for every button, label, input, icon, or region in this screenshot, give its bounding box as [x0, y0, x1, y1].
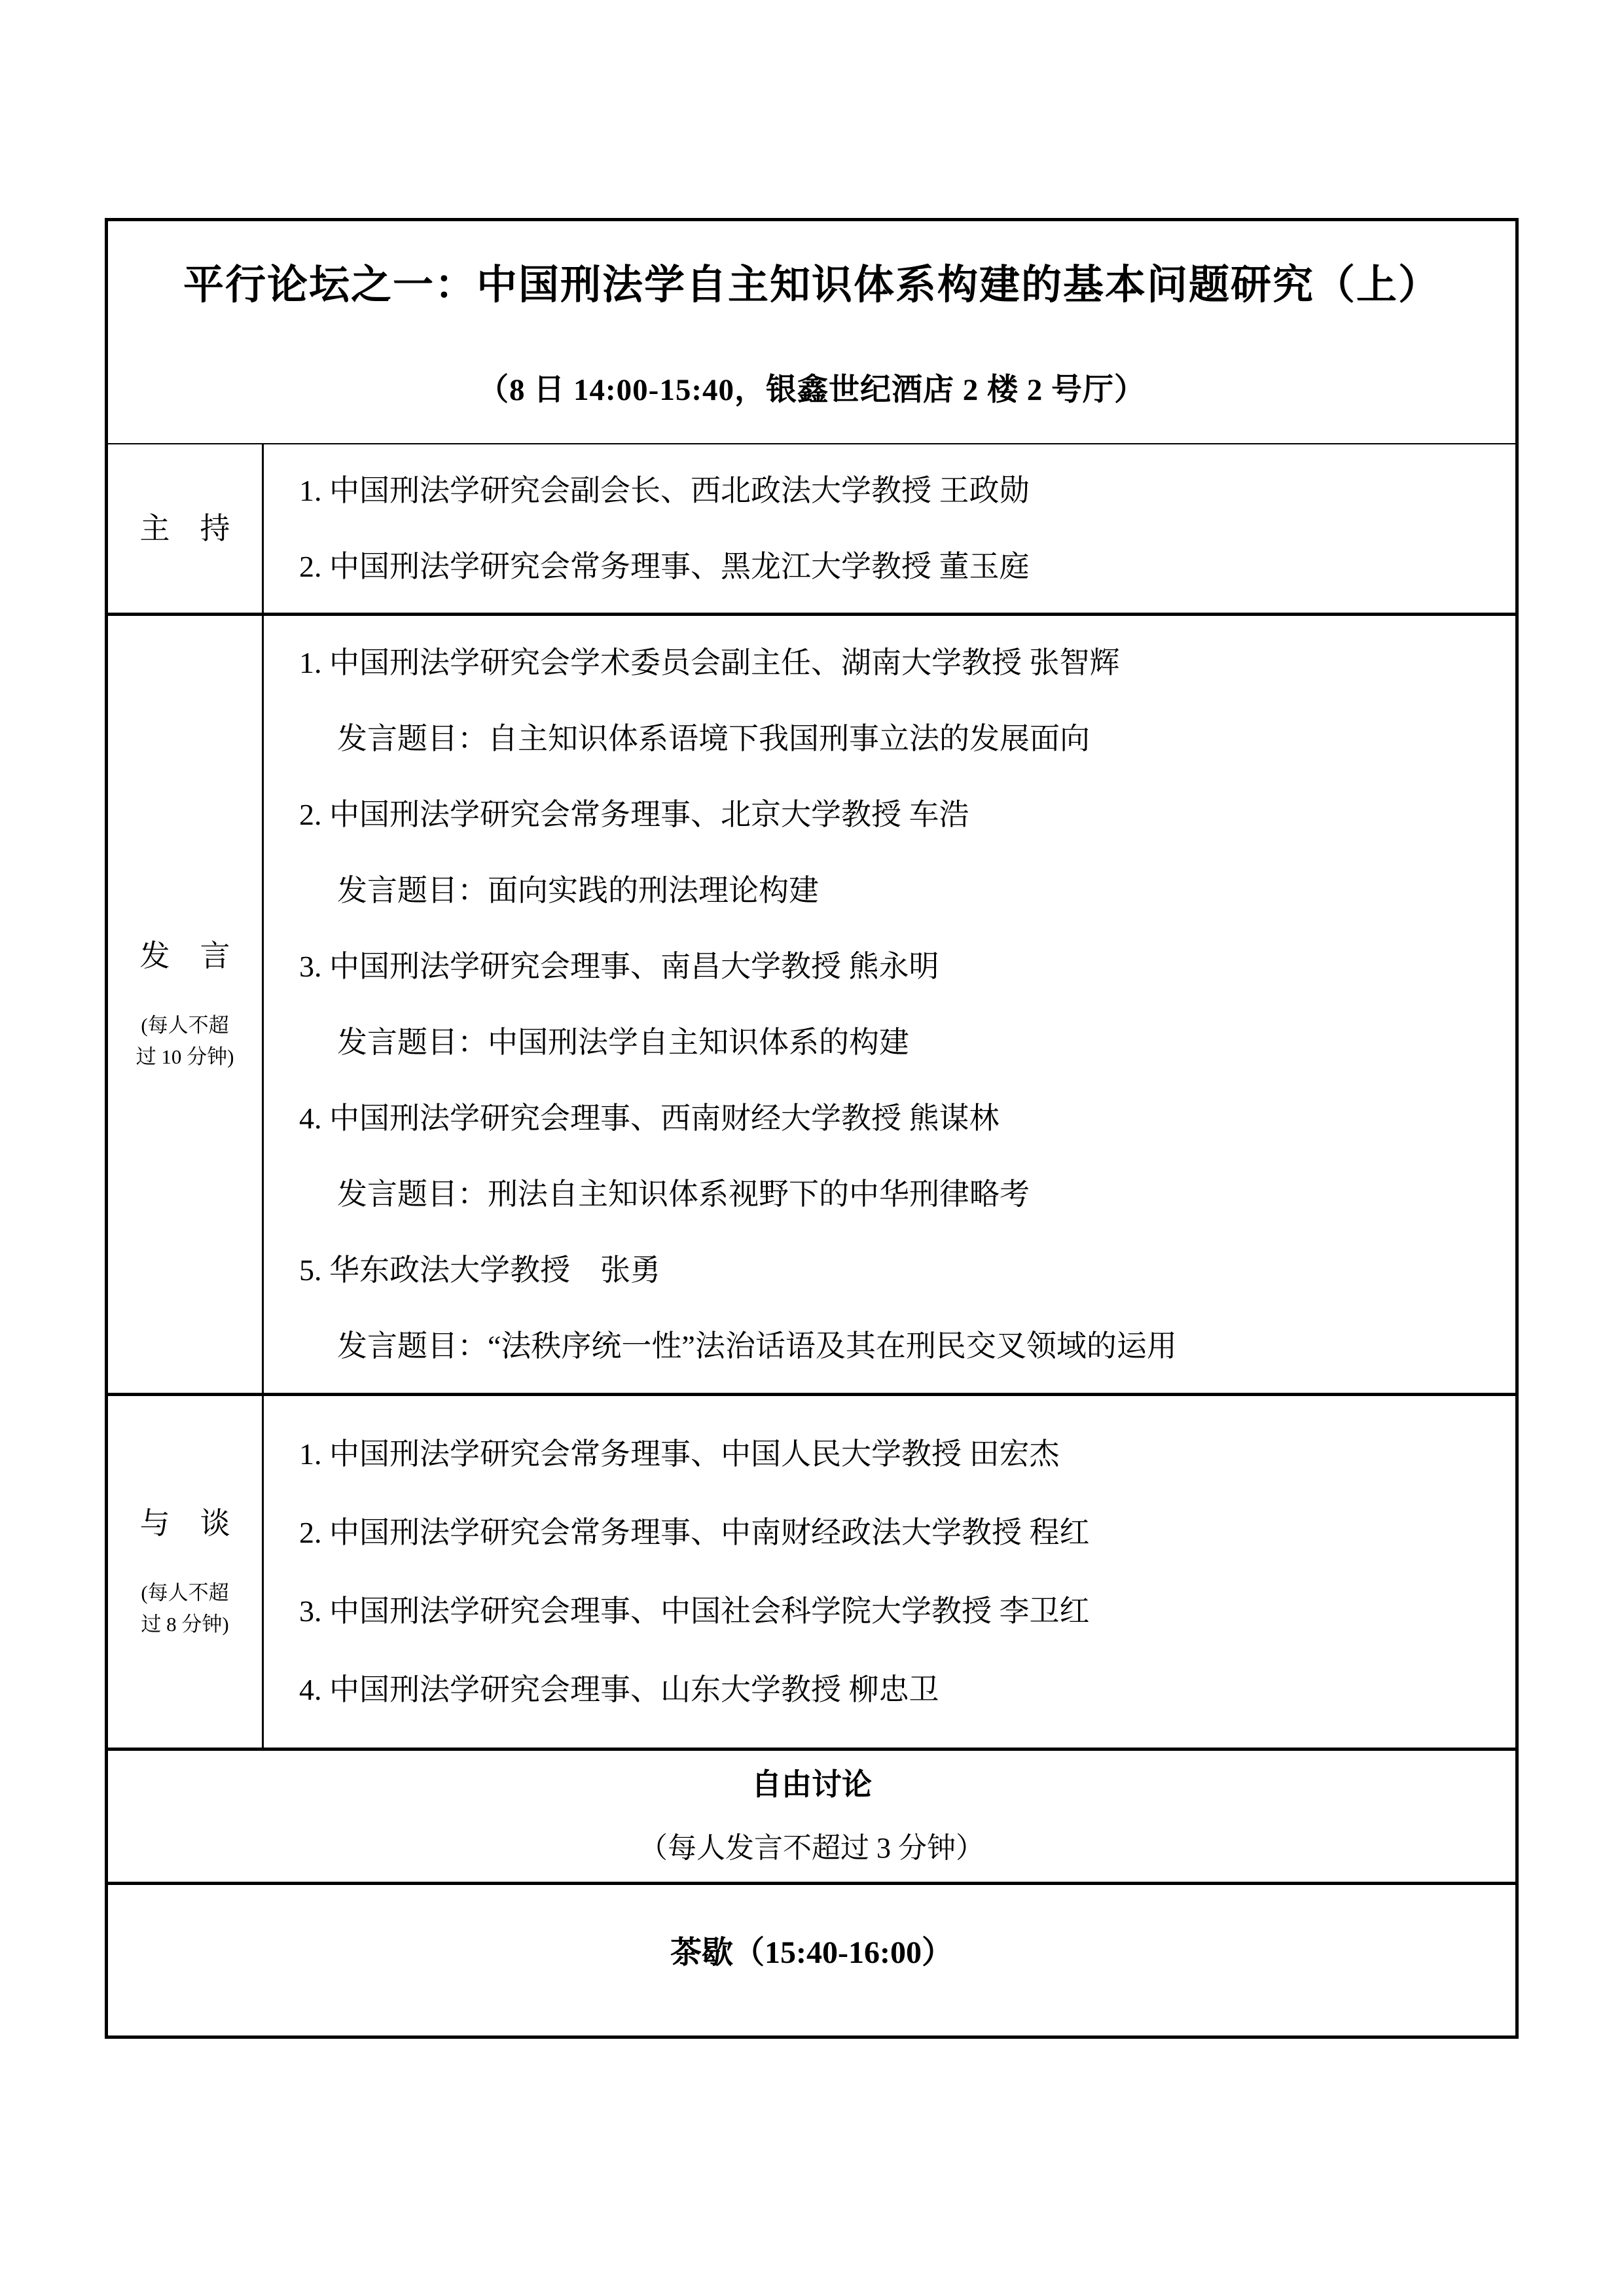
- panel-note-line: 过 8 分钟): [141, 1609, 228, 1640]
- speech-speaker-line: 4. 中国刑法学研究会理事、西南财经大学教授 熊谋林: [264, 1081, 1515, 1157]
- host-item: 1. 中国刑法学研究会副会长、西北政法大学教授 王政勋: [264, 453, 1515, 529]
- document-page: 平行论坛之一：中国刑法学自主知识体系构建的基本问题研究（上） （8 日 14:0…: [0, 0, 1624, 2296]
- host-item: 2. 中国刑法学研究会常务理事、黑龙江大学教授 董玉庭: [264, 529, 1515, 605]
- panel-time-note: (每人不超 过 8 分钟): [141, 1577, 228, 1640]
- forum-title: 平行论坛之一：中国刑法学自主知识体系构建的基本问题研究（上）: [183, 253, 1440, 318]
- header-row: 平行论坛之一：中国刑法学自主知识体系构建的基本问题研究（上） （8 日 14:0…: [108, 221, 1515, 443]
- speech-speaker-line: 1. 中国刑法学研究会学术委员会副主任、湖南大学教授 张智辉: [264, 625, 1515, 701]
- speech-topic-line: 发言题目：中国刑法学自主知识体系的构建: [264, 1005, 1515, 1081]
- speech-topic-line: 发言题目：面向实践的刑法理论构建: [264, 853, 1515, 929]
- free-discussion-title: 自由讨论: [751, 1753, 872, 1817]
- host-row: 主 持 1. 中国刑法学研究会副会长、西北政法大学教授 王政勋 2. 中国刑法学…: [108, 443, 1515, 613]
- speech-speaker-line: 5. 华东政法大学教授 张勇: [264, 1232, 1515, 1308]
- speech-topic-line: 发言题目：刑法自主知识体系视野下的中华刑律略考: [264, 1157, 1515, 1232]
- panel-item: 1. 中国刑法学研究会常务理事、中国人民大学教授 田宏杰: [264, 1415, 1515, 1494]
- speech-label: 发 言: [140, 937, 230, 976]
- free-discussion-note: （每人发言不超过 3 分钟）: [639, 1817, 984, 1880]
- speech-time-note: (每人不超 过 10 分钟): [136, 1010, 234, 1073]
- free-discussion-row: 自由讨论 （每人发言不超过 3 分钟）: [108, 1748, 1515, 1882]
- speech-note-line: 过 10 分钟): [136, 1041, 234, 1073]
- tea-break-row: 茶歇（15:40-16:00）: [108, 1882, 1515, 2021]
- panel-label: 与 谈: [140, 1504, 230, 1543]
- host-label-cell: 主 持: [108, 444, 264, 613]
- speech-speaker-line: 2. 中国刑法学研究会常务理事、北京大学教授 车浩: [264, 777, 1515, 853]
- panel-item: 4. 中国刑法学研究会理事、山东大学教授 柳忠卫: [264, 1651, 1515, 1729]
- panel-content-cell: 1. 中国刑法学研究会常务理事、中国人民大学教授 田宏杰 2. 中国刑法学研究会…: [264, 1396, 1515, 1748]
- speech-content-cell: 1. 中国刑法学研究会学术委员会副主任、湖南大学教授 张智辉 发言题目：自主知识…: [264, 616, 1515, 1393]
- host-label: 主 持: [140, 509, 230, 548]
- host-content-cell: 1. 中国刑法学研究会副会长、西北政法大学教授 王政勋 2. 中国刑法学研究会常…: [264, 444, 1515, 613]
- speech-topic-line: 发言题目：自主知识体系语境下我国刑事立法的发展面向: [264, 701, 1515, 777]
- speech-label-cell: 发 言 (每人不超 过 10 分钟): [108, 616, 264, 1393]
- panel-item: 2. 中国刑法学研究会常务理事、中南财经政法大学教授 程红: [264, 1494, 1515, 1572]
- speech-note-line: (每人不超: [136, 1010, 234, 1041]
- panel-item: 3. 中国刑法学研究会理事、中国社会科学院大学教授 李卫红: [264, 1572, 1515, 1651]
- speech-speaker-line: 3. 中国刑法学研究会理事、南昌大学教授 熊永明: [264, 929, 1515, 1005]
- panel-note-line: (每人不超: [141, 1577, 228, 1609]
- speech-topic-line: 发言题目：“法秩序统一性”法治话语及其在刑民交叉领域的运用: [264, 1308, 1515, 1384]
- tea-break-label: 茶歇（15:40-16:00）: [670, 1920, 953, 1986]
- forum-time-location: （8 日 14:00-15:40，银鑫世纪酒店 2 楼 2 号厅）: [478, 359, 1146, 422]
- panel-row: 与 谈 (每人不超 过 8 分钟) 1. 中国刑法学研究会常务理事、中国人民大学…: [108, 1393, 1515, 1748]
- panel-label-cell: 与 谈 (每人不超 过 8 分钟): [108, 1396, 264, 1748]
- program-table: 平行论坛之一：中国刑法学自主知识体系构建的基本问题研究（上） （8 日 14:0…: [105, 218, 1519, 2039]
- speech-row: 发 言 (每人不超 过 10 分钟) 1. 中国刑法学研究会学术委员会副主任、湖…: [108, 613, 1515, 1393]
